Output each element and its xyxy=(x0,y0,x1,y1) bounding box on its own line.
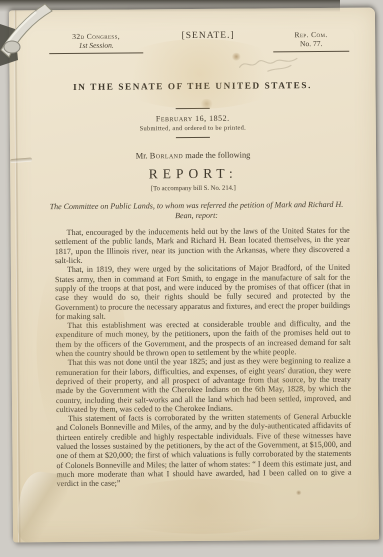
paper-fastener xyxy=(0,0,60,68)
paragraph: That this was not done until the year 18… xyxy=(56,356,351,414)
chamber-label: [SENATE.] xyxy=(182,31,235,41)
report-number: No. 77. xyxy=(273,39,349,49)
author-name: Borland xyxy=(150,151,183,160)
date-line: February 16, 1852. xyxy=(10,113,376,125)
paragraph: That, encouraged by the inducements held… xyxy=(55,226,350,266)
session-line: 1st Session. xyxy=(49,40,143,50)
author-line: Mr. Borland made the following xyxy=(10,150,376,162)
document-title: IN THE SENATE OF THE UNITED STATES. xyxy=(9,80,375,93)
report-body: That, encouraged by the inducements held… xyxy=(55,226,352,489)
masthead: 32d Congress, 1st Session. [SENATE.] Rep… xyxy=(9,8,375,55)
paragraph: That, in 1819, they were urged by the so… xyxy=(55,263,350,321)
report-number-block: Rep. Com. No. 77. xyxy=(273,30,349,53)
pencil-inscription xyxy=(237,52,309,75)
report-heading: REPORT: xyxy=(10,165,376,184)
author-prefix: Mr. xyxy=(136,151,150,160)
author-suffix: made the following xyxy=(183,151,250,161)
submitted-line: Submitted, and ordered to be printed. xyxy=(10,124,376,134)
paragraph: This statement of facts is corroborated … xyxy=(56,412,352,489)
divider-rule xyxy=(176,137,210,138)
paper-crease xyxy=(14,469,69,546)
congress-session-block: 32d Congress, 1st Session. xyxy=(49,31,143,54)
committee-referral-line: The Committee on Public Lands, to whom w… xyxy=(42,200,350,222)
document-page: 32d Congress, 1st Session. [SENATE.] Rep… xyxy=(9,8,379,543)
paragraph: That this establishment was erected at c… xyxy=(55,319,350,359)
scanned-document-photo: 32d Congress, 1st Session. [SENATE.] Rep… xyxy=(0,0,383,557)
stain xyxy=(296,490,302,495)
edge-tear xyxy=(10,158,32,164)
accompany-line: [To accompany bill S. No. 214.] xyxy=(10,184,376,194)
divider-rule xyxy=(176,108,210,109)
